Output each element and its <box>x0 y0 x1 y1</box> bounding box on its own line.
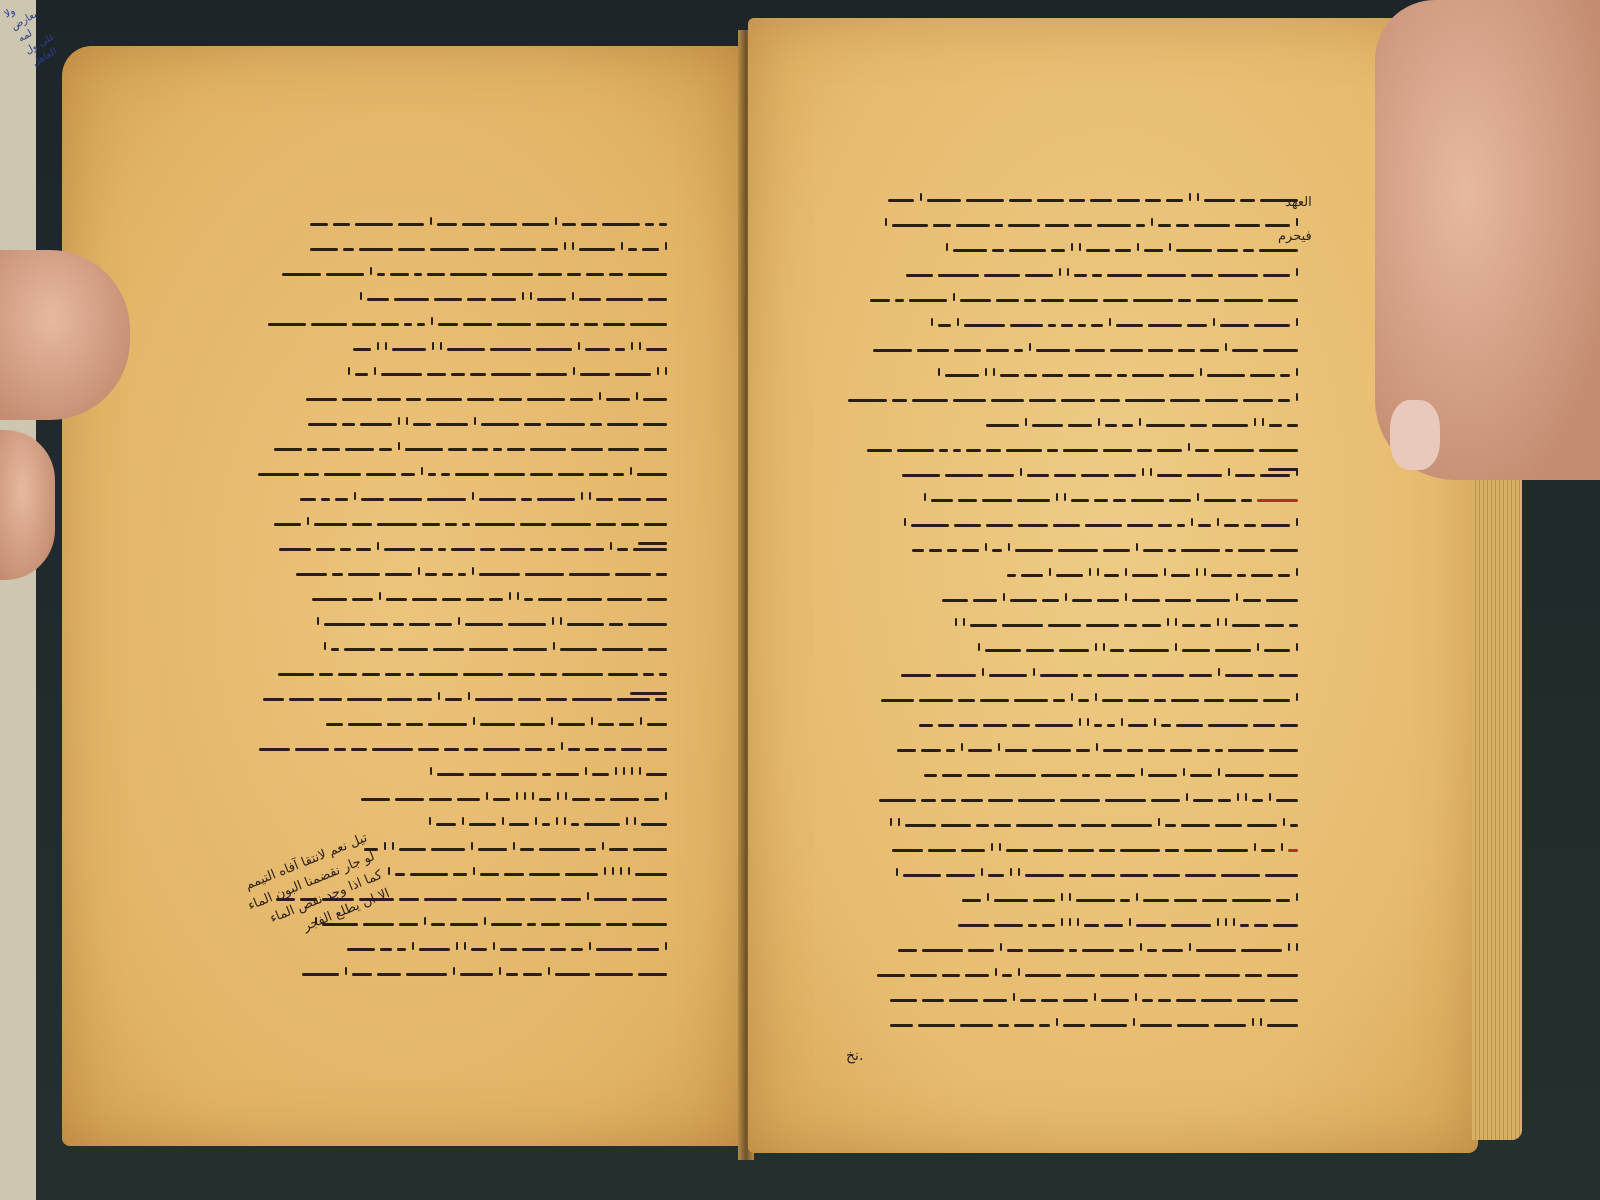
manuscript-text-line <box>247 489 667 491</box>
manuscript-text-line <box>247 714 667 716</box>
manuscript-text-line <box>247 589 667 591</box>
manuscript-text-line <box>247 414 667 416</box>
manuscript-text-line <box>828 865 1298 867</box>
manuscript-text-line <box>828 365 1298 367</box>
manuscript-text-line <box>247 964 667 966</box>
manuscript-text-line <box>247 364 667 366</box>
margin-note-word: فيحرم <box>1278 220 1312 254</box>
manuscript-text-line <box>828 890 1298 892</box>
manuscript-text-line <box>828 415 1298 417</box>
manuscript-text-line <box>247 614 667 616</box>
manuscript-text-line <box>247 289 667 291</box>
right-page-text-block <box>828 190 1298 1040</box>
manuscript-text-line <box>247 464 667 466</box>
margin-note-word: العهد <box>1278 186 1312 220</box>
manuscript-text-line <box>828 915 1298 917</box>
manuscript-text-line <box>828 315 1298 317</box>
manuscript-text-line <box>828 465 1298 467</box>
manuscript-text-line <box>828 715 1298 717</box>
manuscript-text-line <box>828 565 1298 567</box>
manuscript-text-line <box>828 615 1298 617</box>
manuscript-text-line <box>828 640 1298 642</box>
manuscript-text-line <box>247 689 667 691</box>
manuscript-text-line <box>828 965 1298 967</box>
manuscript-text-line <box>828 790 1298 792</box>
left-hand-finger <box>0 430 55 580</box>
manuscript-text-line <box>247 539 667 541</box>
right-hand-thumb <box>1375 0 1600 480</box>
manuscript-text-line <box>828 540 1298 542</box>
manuscript-text-line <box>828 765 1298 767</box>
manuscript-text-line <box>828 265 1298 267</box>
manuscript-text-line <box>247 839 667 841</box>
manuscript-text-line <box>247 339 667 341</box>
manuscript-text-line <box>828 740 1298 742</box>
manuscript-text-line <box>247 664 667 666</box>
left-manuscript-page: تيل نعم لانتقا آفاه التيمم لو جار نقضمنا… <box>62 46 742 1146</box>
manuscript-text-line <box>247 564 667 566</box>
manuscript-text-line <box>247 639 667 641</box>
manuscript-text-line <box>247 514 667 516</box>
catchword: نخ. <box>846 1048 863 1064</box>
adjacent-document-strip: ولا يعارض لمه على ول العاهل <box>0 0 36 1200</box>
manuscript-text-line <box>828 215 1298 217</box>
manuscript-text-line <box>828 665 1298 667</box>
manuscript-text-line <box>247 939 667 941</box>
manuscript-text-line <box>828 390 1298 392</box>
manuscript-text-line <box>828 590 1298 592</box>
manuscript-text-line <box>828 940 1298 942</box>
manuscript-text-line <box>247 764 667 766</box>
manuscript-text-line <box>828 340 1298 342</box>
manuscript-text-line <box>828 240 1298 242</box>
manuscript-text-line <box>247 314 667 316</box>
manuscript-text-line <box>247 389 667 391</box>
manuscript-text-line <box>828 190 1298 192</box>
manuscript-text-line <box>247 439 667 441</box>
manuscript-text-line <box>828 290 1298 292</box>
manuscript-text-line <box>247 789 667 791</box>
manuscript-text-line <box>247 814 667 816</box>
manuscript-text-line <box>828 1015 1298 1017</box>
manuscript-text-line <box>247 739 667 741</box>
manuscript-text-line <box>828 990 1298 992</box>
manuscript-text-line <box>828 840 1298 842</box>
manuscript-text-line <box>828 440 1298 442</box>
right-manuscript-page: العهد فيحرم نخ. <box>748 18 1478 1153</box>
manuscript-text-line <box>247 264 667 266</box>
thumb-nail <box>1390 400 1440 470</box>
manuscript-text-line <box>247 214 667 216</box>
manuscript-text-line <box>828 515 1298 517</box>
manuscript-text-line <box>828 815 1298 817</box>
manuscript-text-line <box>828 490 1298 492</box>
top-margin-note: العهد فيحرم <box>1278 186 1312 254</box>
manuscript-text-line <box>828 690 1298 692</box>
manuscript-text-line <box>247 239 667 241</box>
